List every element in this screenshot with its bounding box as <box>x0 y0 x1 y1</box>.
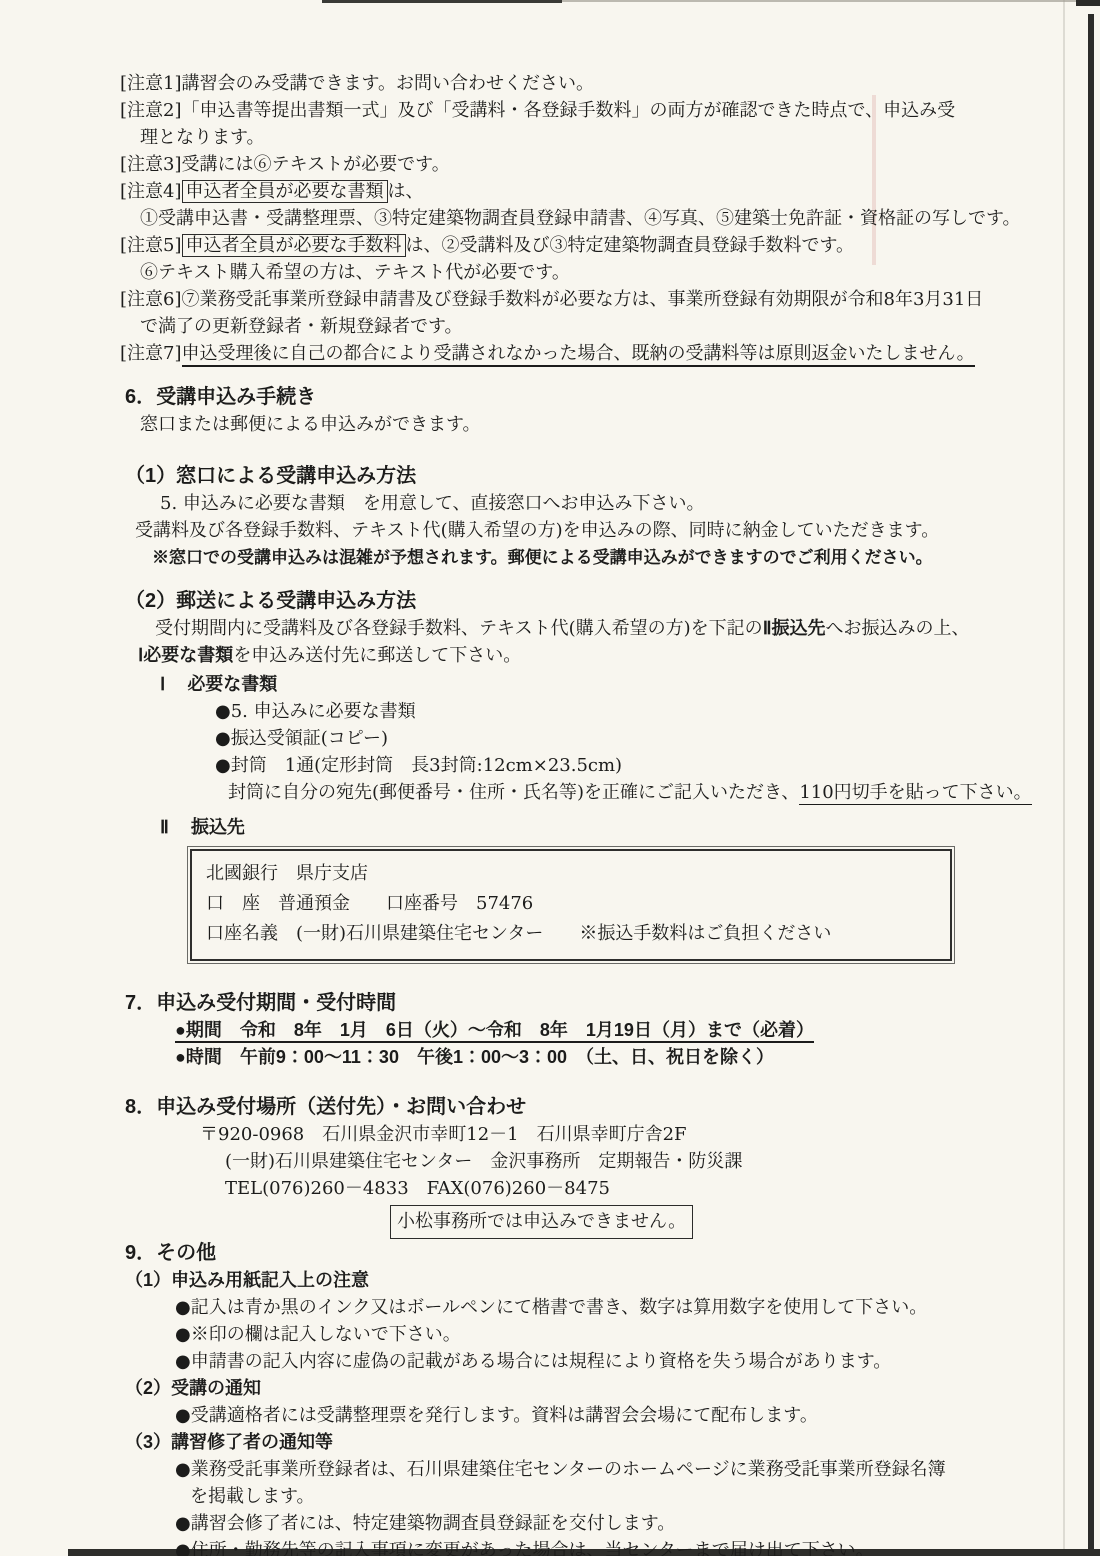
section9-heading: 9．その他 <box>125 1239 1060 1267</box>
notice-4-cont: ①受講申込書・受講整理票、③特定建築物調査員登録申請書、④写真、⑤建築士免許証・… <box>140 208 1021 229</box>
sub2-line1-pre: 受付期間内に受講料及び各登録手数料、テキスト代(購入希望の方)を下記の <box>155 618 763 639</box>
notice-7-label: [注意7] <box>120 343 182 364</box>
notice-2-cont: 理となります。 <box>140 127 265 148</box>
docs-heading-numeral: Ⅰ <box>160 671 165 698</box>
section9-sub2-heading: （2）受講の通知 <box>125 1375 1060 1402</box>
notice-line-5-cont: ⑥テキスト購入希望の方は、テキスト代が必要です。 <box>140 259 1060 286</box>
sub1-bold-note: ※窓口での受講申込みは混雑が予想されます。郵便による受講申込みができますのでご利… <box>152 544 1060 571</box>
document-content: [注意1]講習会のみ受講できます。お問い合わせください。 [注意2]「申込書等提… <box>120 70 1060 1556</box>
sub1-item-1: ●記入は青か黒のインク又はボールペンにて楷書で書き、数字は算用数字を使用して下さ… <box>175 1294 1060 1321</box>
phone-fax: TEL(076)260－4833 FAX(076)260－8475 <box>225 1175 1060 1202</box>
section6-sub2-heading: （2）郵送による受講申込み方法 <box>125 587 1060 615</box>
bank-heading-numeral: Ⅱ <box>160 814 169 841</box>
notice-3-label: [注意3] <box>120 154 182 175</box>
bank-heading: Ⅱ振込先 <box>160 814 1060 841</box>
sub3-item-1-cont: を掲載します。 <box>190 1483 1060 1510</box>
bank-name-line: 北國銀行 県庁支店 <box>206 859 936 889</box>
docs-heading-title: 必要な書類 <box>187 674 277 694</box>
section9-sub1-heading: （1）申込み用紙記入上の注意 <box>125 1267 1060 1294</box>
notice-2-text: 「申込書等提出書類一式」及び「受講料・各登録手数料」の両方が確認できた時点で、申… <box>182 100 956 121</box>
envelope-pre: 封筒に自分の宛先(郵便番号・住所・氏名等)を正確にご記入いただき、 <box>228 782 799 803</box>
notice-6-label: [注意6] <box>120 289 182 310</box>
sub2-line1-post: へお振込みの上、 <box>826 618 970 639</box>
office-name: (一財)石川県建築住宅センター 金沢事務所 定期報告・防災課 <box>225 1148 1060 1175</box>
section7-heading: 7．申込み受付期間・受付時間 <box>125 989 1060 1017</box>
scan-crease-line <box>1063 0 1065 1556</box>
application-period: ●期間 令和 8年 1月 6日（火）～令和 8年 1月19日（月）まで（必着） <box>175 1017 1060 1044</box>
scan-edge-right <box>1088 14 1094 1556</box>
notice-2-label: [注意2] <box>120 100 182 121</box>
notice-5-suffix: は、②受講料及び③特定建築物調査員登録手数料です。 <box>406 235 855 256</box>
notice-1-text: 講習会のみ受講できます。お問い合わせください。 <box>182 73 595 94</box>
notice-5-cont: ⑥テキスト購入希望の方は、テキスト代が必要です。 <box>140 262 570 283</box>
notice-1-label: [注意1] <box>120 73 182 94</box>
reception-hours: ●時間 午前9：00～11：30 午後1：00～3：00 （土、日、祝日を除く） <box>175 1044 1060 1071</box>
section9-sub3-heading: （3）講習修了者の通知等 <box>125 1429 1060 1456</box>
scanned-document-page: [注意1]講習会のみ受講できます。お問い合わせください。 [注意2]「申込書等提… <box>0 0 1100 1556</box>
notice-line-4-cont: ①受講申込書・受講整理票、③特定建築物調査員登録申請書、④写真、⑤建築士免許証・… <box>140 205 1060 232</box>
sub2-line2-post: を申込み送付先に郵送して下さい。 <box>233 645 521 666</box>
komatsu-note-row: 小松事務所では申込みできません。 <box>390 1205 1060 1239</box>
sub2-line-1: 受付期間内に受講料及び各登録手数料、テキスト代(購入希望の方)を下記のⅡ振込先へ… <box>155 615 1060 642</box>
bank-account-line: 口 座 普通預金 口座番号 57476 <box>206 889 936 919</box>
notice-line-7: [注意7]申込受理後に自己の都合により受講されなかった場合、既納の受講料等は原則… <box>120 340 1060 367</box>
bank-transfer-box: 北國銀行 県庁支店 口 座 普通預金 口座番号 57476 口座名義 (一財)石… <box>190 849 952 961</box>
envelope-instruction: 封筒に自分の宛先(郵便番号・住所・氏名等)を正確にご記入いただき、110円切手を… <box>228 779 1060 806</box>
notice-line-1: [注意1]講習会のみ受講できます。お問い合わせください。 <box>120 70 1060 97</box>
notice-line-5: [注意5]申込者全員が必要な手数料は、②受講料及び③特定建築物調査員登録手数料で… <box>120 232 1060 259</box>
scan-corner-mark <box>1076 0 1100 6</box>
section6-intro: 窓口または郵便による申込みができます。 <box>140 411 1060 438</box>
notice-7-underlined-text: 申込受理後に自己の都合により受講されなかった場合、既納の受講料等は原則返金いたし… <box>182 343 975 367</box>
docs-heading: Ⅰ必要な書類 <box>160 671 1060 698</box>
sub3-item-3: ●住所・勤務先等の記入事項に変更があった場合は、当センターまで届け出て下さい。 <box>175 1537 1060 1556</box>
sub3-item-1: ●業務受託事業所登録者は、石川県建築住宅センターのホームページに業務受託事業所登… <box>175 1456 1060 1483</box>
sub2-line-2: Ⅰ必要な書類を申込み送付先に郵送して下さい。 <box>138 642 1060 669</box>
postal-address: 〒920-0968 石川県金沢市幸町12－1 石川県幸町庁舎2F <box>200 1121 1060 1148</box>
bank-holder-line: 口座名義 (一財)石川県建築住宅センター ※振込手数料はご負担ください <box>206 919 936 949</box>
section6-sub1-heading: （1）窓口による受講申込み方法 <box>125 462 1060 490</box>
notice-4-boxed-phrase: 申込者全員が必要な書類 <box>182 180 388 203</box>
sub1-line-2: 受講料及び各登録手数料、テキスト代(購入希望の方)を申込みの際、同時に納金してい… <box>135 517 1060 544</box>
notice-5-label: [注意5] <box>120 235 182 256</box>
notice-line-2: [注意2]「申込書等提出書類一式」及び「受講料・各登録手数料」の両方が確認できた… <box>120 97 1060 124</box>
sub2-line1-bold: Ⅱ振込先 <box>763 618 826 638</box>
notice-6-text: ⑦業務受託事業所登録申請書及び登録手数料が必要な方は、事業所登録有効期限が令和8… <box>182 289 984 310</box>
notice-line-3: [注意3]受講には⑥テキストが必要です。 <box>120 151 1060 178</box>
notice-line-6: [注意6]⑦業務受託事業所登録申請書及び登録手数料が必要な方は、事業所登録有効期… <box>120 286 1060 313</box>
envelope-underlined: 110円切手を貼って下さい。 <box>799 782 1031 805</box>
sub2-line2-bold: Ⅰ必要な書類 <box>138 645 233 665</box>
sub1-item-2: ●※印の欄は記入しないで下さい。 <box>175 1321 1060 1348</box>
notice-line-2-cont: 理となります。 <box>140 124 1060 151</box>
notice-line-4: [注意4]申込者全員が必要な書類は、 <box>120 178 1060 205</box>
section6-heading: 6．受講申込み手続き <box>125 383 1060 411</box>
sub1-item-3: ●申請書の記入内容に虚偽の記載がある場合には規程により資格を失う場合があります。 <box>175 1348 1060 1375</box>
docs-item-1: ●5. 申込みに必要な書類 <box>215 698 1060 725</box>
sub2-item-1: ●受講適格者には受講整理票を発行します。資料は講習会会場にて配布します。 <box>175 1402 1060 1429</box>
sub3-item-2: ●講習会修了者には、特定建築物調査員登録証を交付します。 <box>175 1510 1060 1537</box>
scan-edge-top-light <box>562 0 1090 2</box>
notice-line-6-cont: で満了の更新登録者・新規登録者です。 <box>140 313 1060 340</box>
docs-item-2: ●振込受領証(コピー) <box>215 725 1060 752</box>
notice-6-cont: で満了の更新登録者・新規登録者です。 <box>140 316 463 337</box>
notice-3-text: 受講には⑥テキストが必要です。 <box>182 154 450 175</box>
notice-5-boxed-phrase: 申込者全員が必要な手数料 <box>182 234 406 257</box>
section8-heading: 8．申込み受付場所（送付先）・お問い合わせ <box>125 1093 1060 1121</box>
docs-item-3: ●封筒 1通(定形封筒 長3封筒:12cm×23.5cm) <box>215 752 1060 779</box>
bank-heading-title: 振込先 <box>191 817 245 837</box>
notice-4-label: [注意4] <box>120 181 182 202</box>
scan-edge-top-dark <box>322 0 562 3</box>
sub1-line-1: 5. 申込みに必要な書類 を用意して、直接窓口へお申込み下さい。 <box>160 490 1060 517</box>
komatsu-boxed-note: 小松事務所では申込みできません。 <box>390 1205 693 1239</box>
notice-4-suffix: は、 <box>388 181 424 202</box>
application-period-text: ●期間 令和 8年 1月 6日（火）～令和 8年 1月19日（月）まで（必着） <box>175 1020 814 1043</box>
